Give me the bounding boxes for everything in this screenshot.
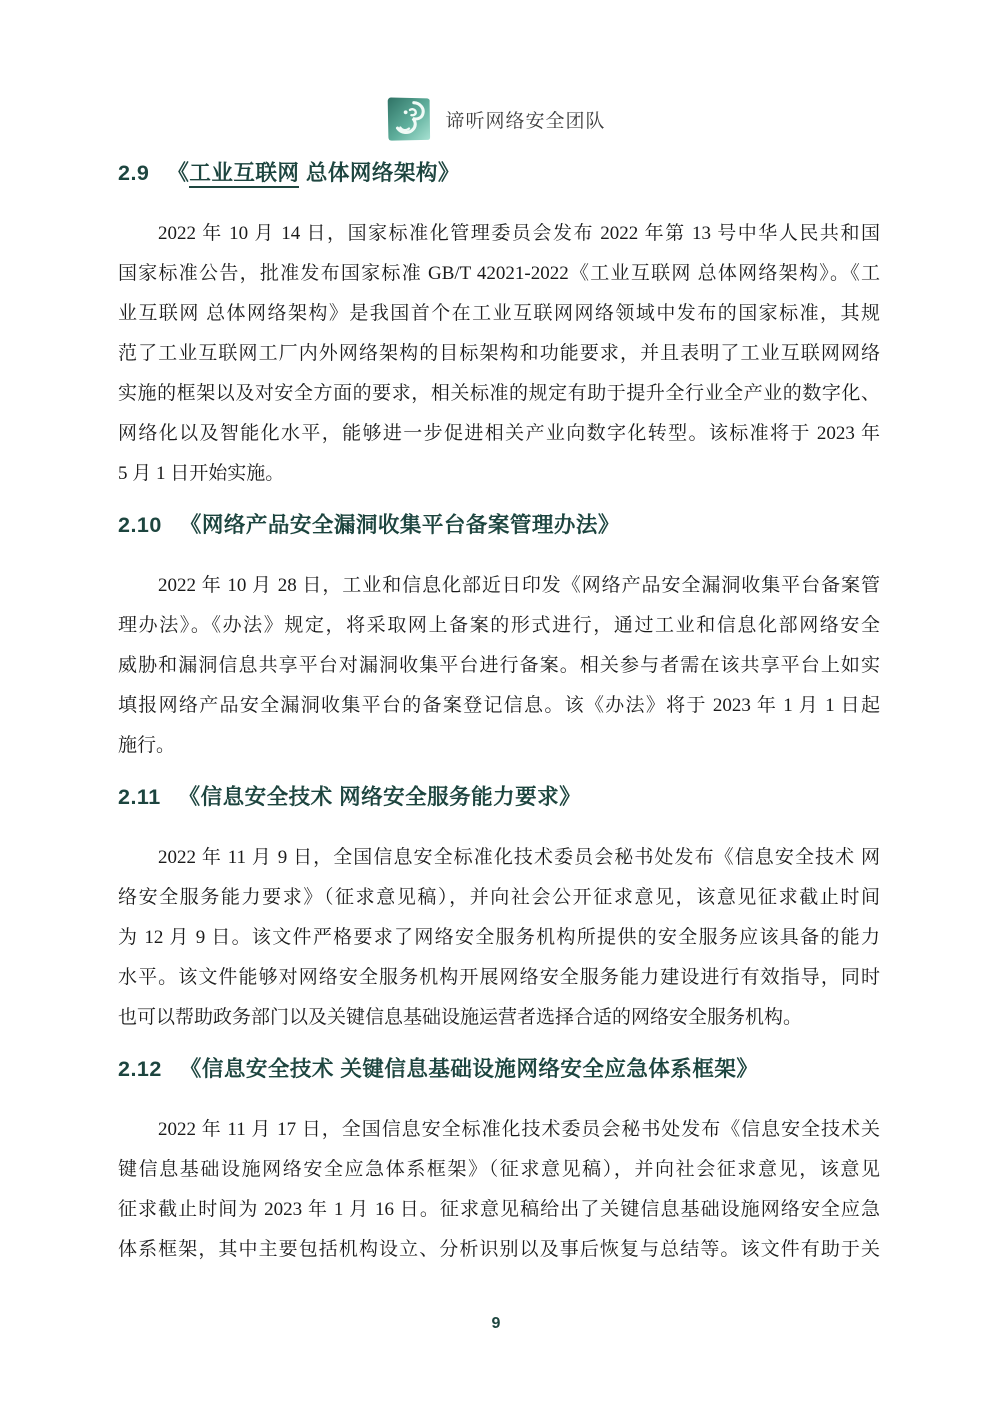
paragraph-line: 为 12 月 9 日。该文件严格要求了网络安全服务机构所提供的安全服务应该具备的… — [118, 918, 880, 958]
paragraph-line: 键信息基础设施网络安全应急体系框架》（征求意见稿），并向社会征求意见，该意见 — [118, 1150, 880, 1190]
section-heading-2-12: 2.12《信息安全技术 关键信息基础设施网络安全应急体系框架》 — [118, 1054, 880, 1084]
section-2-11: 2.11《信息安全技术 网络安全服务能力要求》 2022 年 11 月 9 日，… — [118, 782, 880, 1038]
title-underlined: 工业互联网 — [189, 161, 299, 188]
section-number: 2.12 — [118, 1057, 162, 1081]
paragraph-line: 威胁和漏洞信息共享平台对漏洞收集平台进行备案。相关参与者需在该共享平台上如实 — [118, 646, 880, 686]
section-title: 《网络产品安全漏洞收集平台备案管理办法》 — [180, 513, 620, 537]
section-paragraph: 2022 年 10 月 14 日，国家标准化管理委员会发布 2022 年第 13… — [118, 214, 880, 494]
paragraph-line: 国家标准公告，批准发布国家标准 GB/T 42021-2022《工业互联网 总体… — [118, 254, 880, 294]
paragraph-line: 施行。 — [118, 726, 880, 766]
document-page: 谛听网络安全团队 2.9《工业互联网 总体网络架构》 2022 年 10 月 1… — [0, 0, 992, 1403]
section-number: 2.10 — [118, 513, 162, 537]
section-heading-2-9: 2.9《工业互联网 总体网络架构》 — [118, 158, 880, 188]
section-paragraph: 2022 年 11 月 17 日，全国信息安全标准化技术委员会秘书处发布《信息安… — [118, 1110, 880, 1270]
section-2-9: 2.9《工业互联网 总体网络架构》 2022 年 10 月 14 日，国家标准化… — [118, 158, 880, 494]
paragraph-line: 水平。该文件能够对网络安全服务机构开展网络安全服务能力建设进行有效指导，同时 — [118, 958, 880, 998]
title-post: 总体网络架构》 — [299, 161, 459, 185]
paragraph-line: 也可以帮助政务部门以及关键信息基础设施运营者选择合适的网络安全服务机构。 — [118, 998, 880, 1038]
paragraph-line: 网络化以及智能化水平，能够进一步促进相关产业向数字化转型。该标准将于 2023 … — [118, 414, 880, 454]
section-2-12: 2.12《信息安全技术 关键信息基础设施网络安全应急体系框架》 2022 年 1… — [118, 1054, 880, 1270]
section-title: 《工业互联网 总体网络架构》 — [167, 161, 460, 188]
section-number: 2.9 — [118, 161, 149, 185]
paragraph-line: 征求截止时间为 2023 年 1 月 16 日。征求意见稿给出了关键信息基础设施… — [118, 1190, 880, 1230]
paragraph-line: 实施的框架以及对安全方面的要求，相关标准的规定有助于提升全行业全产业的数字化、 — [118, 374, 880, 414]
title-post: 《网络产品安全漏洞收集平台备案管理办法》 — [180, 513, 620, 537]
title-pre: 《 — [167, 161, 189, 185]
section-paragraph: 2022 年 11 月 9 日，全国信息安全标准化技术委员会秘书处发布《信息安全… — [118, 838, 880, 1038]
section-2-10: 2.10《网络产品安全漏洞收集平台备案管理办法》 2022 年 10 月 28 … — [118, 510, 880, 766]
paragraph-line: 体系框架，其中主要包括机构设立、分析识别以及事后恢复与总结等。该文件有助于关 — [118, 1230, 880, 1270]
section-heading-2-10: 2.10《网络产品安全漏洞收集平台备案管理办法》 — [118, 510, 880, 540]
title-post: 《信息安全技术 网络安全服务能力要求》 — [179, 785, 581, 809]
section-title: 《信息安全技术 关键信息基础设施网络安全应急体系框架》 — [180, 1057, 758, 1081]
paragraph-line: 理办法》。《办法》规定，将采取网上备案的形式进行，通过工业和信息化部网络安全 — [118, 606, 880, 646]
team-name: 谛听网络安全团队 — [445, 106, 605, 133]
paragraph-line: 填报网络产品安全漏洞收集平台的备案登记信息。该《办法》将于 2023 年 1 月… — [118, 686, 880, 726]
title-post: 《信息安全技术 关键信息基础设施网络安全应急体系框架》 — [180, 1057, 758, 1081]
paragraph-line: 业互联网 总体网络架构》是我国首个在工业互联网网络领域中发布的国家标准，其规 — [118, 294, 880, 334]
section-heading-2-11: 2.11《信息安全技术 网络安全服务能力要求》 — [118, 782, 880, 812]
paragraph-line: 范了工业互联网工厂内外网络架构的目标架构和功能要求，并且表明了工业互联网网络 — [118, 334, 880, 374]
document-body: 2.9《工业互联网 总体网络架构》 2022 年 10 月 14 日，国家标准化… — [118, 158, 880, 1270]
paragraph-line: 络安全服务能力要求》（征求意见稿），并向社会公开征求意见，该意见征求截止时间 — [118, 878, 880, 918]
diting-seal-icon — [386, 96, 432, 142]
paragraph-line: 2022 年 10 月 14 日，国家标准化管理委员会发布 2022 年第 13… — [118, 214, 880, 254]
page-header: 谛听网络安全团队 — [0, 96, 992, 142]
page-number: 9 — [0, 1315, 992, 1333]
section-title: 《信息安全技术 网络安全服务能力要求》 — [179, 785, 581, 809]
paragraph-line: 2022 年 11 月 9 日，全国信息安全标准化技术委员会秘书处发布《信息安全… — [118, 838, 880, 878]
paragraph-line: 5 月 1 日开始实施。 — [118, 454, 880, 494]
paragraph-line: 2022 年 10 月 28 日，工业和信息化部近日印发《网络产品安全漏洞收集平… — [118, 566, 880, 606]
paragraph-line: 2022 年 11 月 17 日，全国信息安全标准化技术委员会秘书处发布《信息安… — [118, 1110, 880, 1150]
section-number: 2.11 — [118, 785, 161, 809]
section-paragraph: 2022 年 10 月 28 日，工业和信息化部近日印发《网络产品安全漏洞收集平… — [118, 566, 880, 766]
